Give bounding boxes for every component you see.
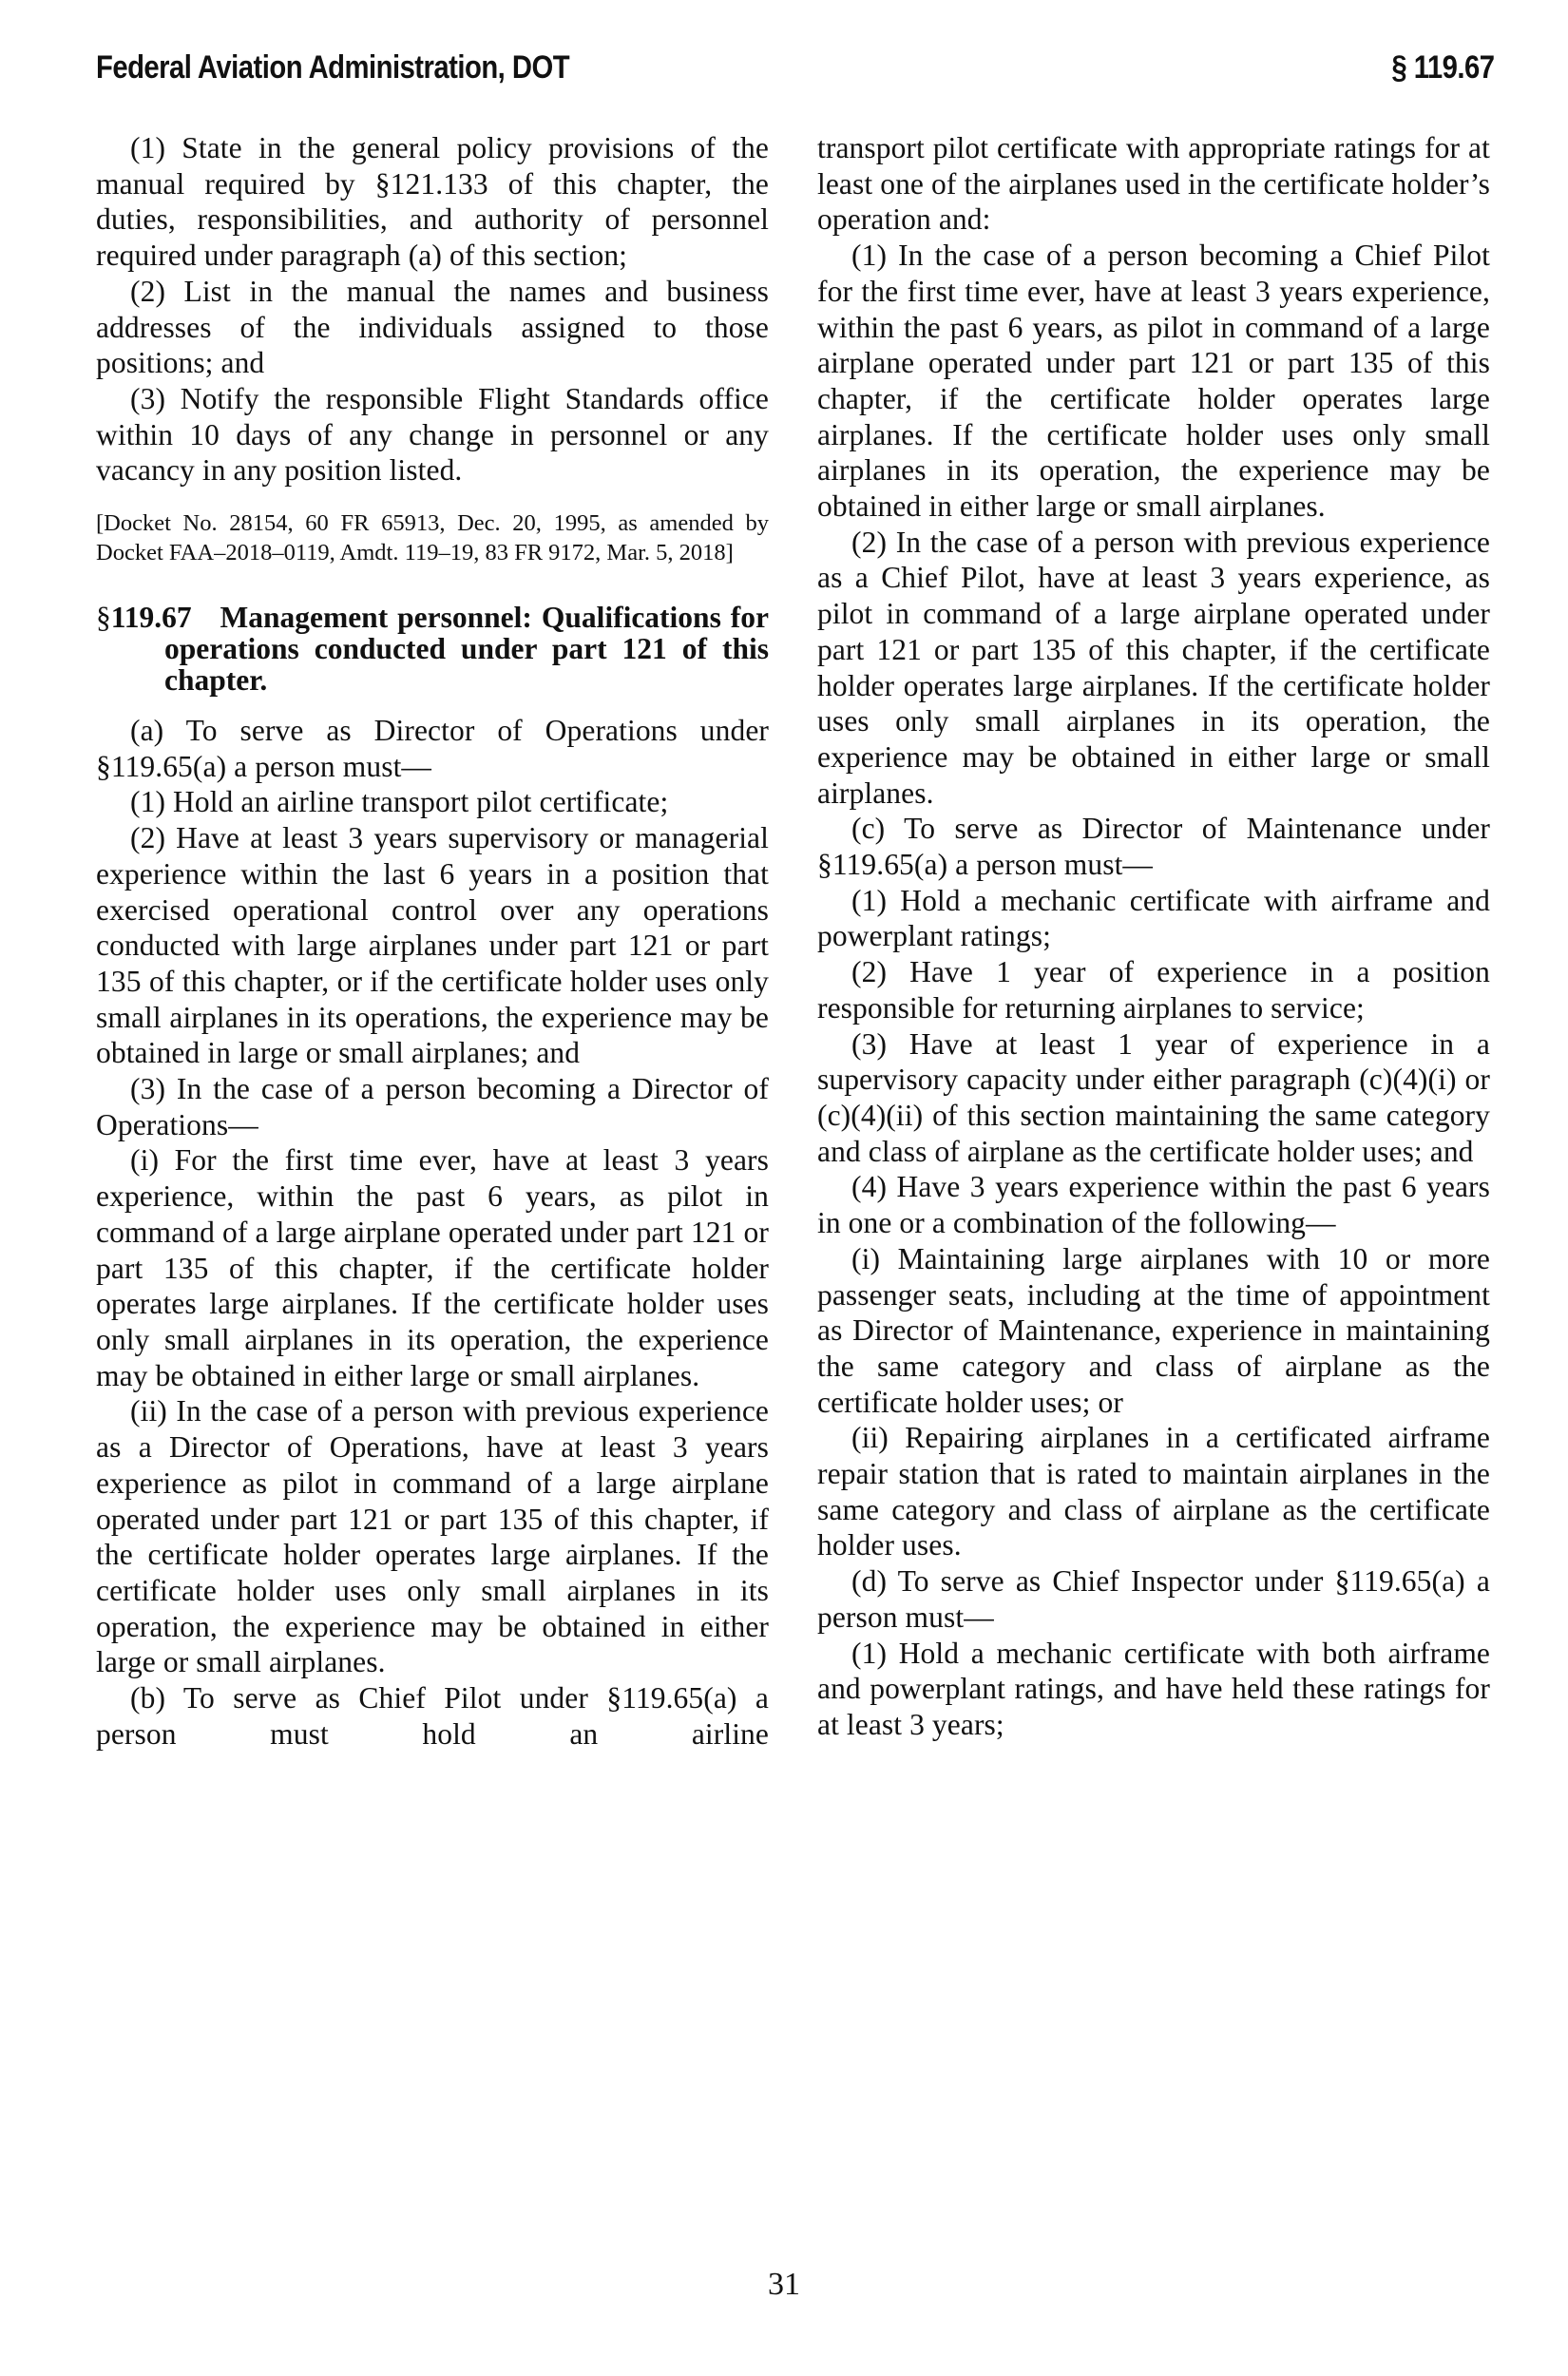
paragraph-2: (2) List in the manual the names and bus… xyxy=(96,274,769,381)
agency-title: Federal Aviation Administration, DOT xyxy=(96,49,569,86)
paragraph-c-intro: (c) To serve as Director of Maintenance … xyxy=(817,811,1490,882)
paragraph-a-3-i: (i) For the first time ever, have at lea… xyxy=(96,1142,769,1393)
paragraph-b-continued: transport pilot certificate with appropr… xyxy=(817,130,1490,238)
paragraph-a-3-ii: (ii) In the case of a person with previo… xyxy=(96,1393,769,1680)
paragraph-a-3: (3) In the case of a person becoming a D… xyxy=(96,1071,769,1142)
paragraph-c-4-i: (i) Maintaining large airplanes with 10 … xyxy=(817,1241,1490,1421)
right-column: transport pilot certificate with appropr… xyxy=(817,130,1490,1743)
section-title: Management personnel: Qualifications for… xyxy=(164,601,769,697)
docket-citation: [Docket No. 28154, 60 FR 65913, Dec. 20,… xyxy=(96,509,769,567)
section-heading: §119.67 Management personnel: Qualificat… xyxy=(96,602,769,696)
paragraph-b-1: (1) In the case of a person becoming a C… xyxy=(817,238,1490,525)
page-number: 31 xyxy=(0,2267,1568,2303)
paragraph-a-intro: (a) To serve as Director of Operations u… xyxy=(96,713,769,784)
paragraph-c-4: (4) Have 3 years experience within the p… xyxy=(817,1169,1490,1240)
paragraph-c-4-ii: (ii) Repairing airplanes in a certificat… xyxy=(817,1420,1490,1563)
paragraph-c-2: (2) Have 1 year of experience in a posit… xyxy=(817,954,1490,1025)
running-head: Federal Aviation Administration, DOT § 1… xyxy=(96,49,1494,91)
paragraph-3: (3) Notify the responsible Flight Standa… xyxy=(96,381,769,489)
paragraph-c-1: (1) Hold a mechanic certificate with air… xyxy=(817,883,1490,954)
section-symbol: § xyxy=(96,601,111,634)
paragraph-1: (1) State in the general policy provisio… xyxy=(96,130,769,274)
paragraph-a-1: (1) Hold an airline transport pilot cert… xyxy=(96,784,769,820)
paragraph-a-2: (2) Have at least 3 years supervisory or… xyxy=(96,820,769,1071)
paragraph-b-2: (2) In the case of a person with previou… xyxy=(817,525,1490,812)
paragraph-d-1: (1) Hold a mechanic certificate with bot… xyxy=(817,1636,1490,1743)
left-column: (1) State in the general policy provisio… xyxy=(96,130,769,1752)
section-reference: § 119.67 xyxy=(1391,49,1494,86)
section-number: 119.67 xyxy=(111,601,192,634)
paragraph-b-intro: (b) To serve as Chief Pilot under §119.6… xyxy=(96,1680,769,1752)
paragraph-d-intro: (d) To serve as Chief Inspector under §1… xyxy=(817,1563,1490,1635)
paragraph-c-3: (3) Have at least 1 year of experience i… xyxy=(817,1026,1490,1170)
